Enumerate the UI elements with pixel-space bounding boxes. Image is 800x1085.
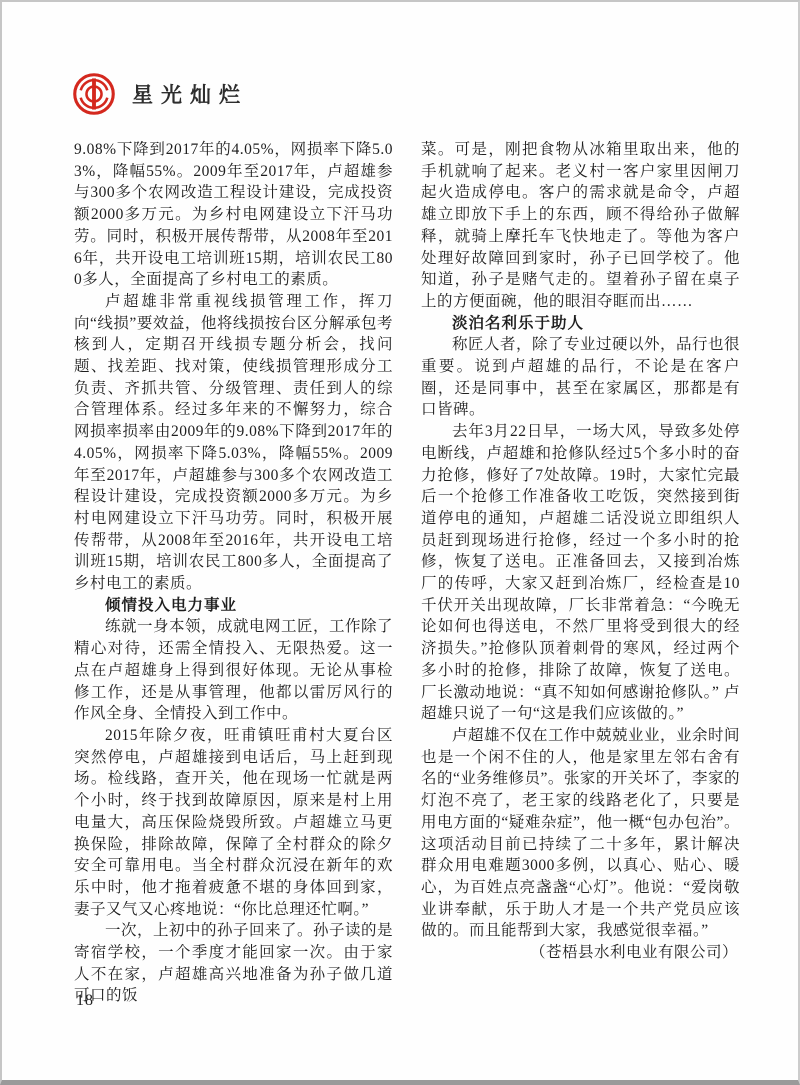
paragraph: 卢超雄不仅在工作中兢兢业业，业余时间也是一个闲不住的人，他是家里左邻右舍有名的“… bbox=[421, 725, 740, 942]
magazine-page: 星光灿烂 9.08%下降到2017年的4.05%，网损率下降5.03%，降幅55… bbox=[0, 0, 800, 1085]
masthead: 星光灿烂 bbox=[72, 72, 248, 116]
masthead-title: 星光灿烂 bbox=[132, 79, 248, 109]
paragraph: 练就一身本领，成就电网工匠，工作除了精心对待，还需全情投入、无限热爱。这一点在卢… bbox=[74, 616, 393, 725]
section-heading: 淡泊名利乐于助人 bbox=[421, 313, 740, 335]
column-right: 菜。可是，刚把食物从冰箱里取出来，他的手机就响了起来。老义村一客户家里因闸刀起火… bbox=[421, 139, 740, 1019]
column-left: 9.08%下降到2017年的4.05%，网损率下降5.03%，降幅55%。200… bbox=[74, 139, 393, 1019]
trade-union-emblem-icon bbox=[72, 72, 116, 116]
paragraph: 卢超雄非常重视线损管理工作，挥刀向“线损”要效益，他将线损按台区分解承包考核到人… bbox=[74, 291, 393, 595]
paragraph: 菜。可是，刚把食物从冰箱里取出来，他的手机就响了起来。老义村一客户家里因闸刀起火… bbox=[421, 139, 740, 313]
paragraph: 去年3月22日早，一场大风，导致多处停电断线，卢超雄和抢修队经过5个多小时的奋力… bbox=[421, 421, 740, 725]
page-number: 18 bbox=[76, 992, 94, 1010]
paragraph: 一次，上初中的孙子回来了。孙子读的是寄宿学校，一个季度才能回家一次。由于家人不在… bbox=[74, 920, 393, 1007]
byline: （苍梧县水利电业有限公司） bbox=[421, 942, 740, 964]
paragraph: 9.08%下降到2017年的4.05%，网损率下降5.03%，降幅55%。200… bbox=[74, 139, 393, 291]
article-body: 9.08%下降到2017年的4.05%，网损率下降5.03%，降幅55%。200… bbox=[74, 139, 740, 1019]
paragraph: 2015年除夕夜，旺甫镇旺甫村大夏台区突然停电，卢超雄接到电话后，马上赶到现场。… bbox=[74, 725, 393, 920]
section-heading: 倾情投入电力事业 bbox=[74, 595, 393, 617]
paragraph: 称匠人者，除了专业过硬以外，品行也很重要。说到卢超雄的品行，不论是在客户圈，还是… bbox=[421, 334, 740, 421]
